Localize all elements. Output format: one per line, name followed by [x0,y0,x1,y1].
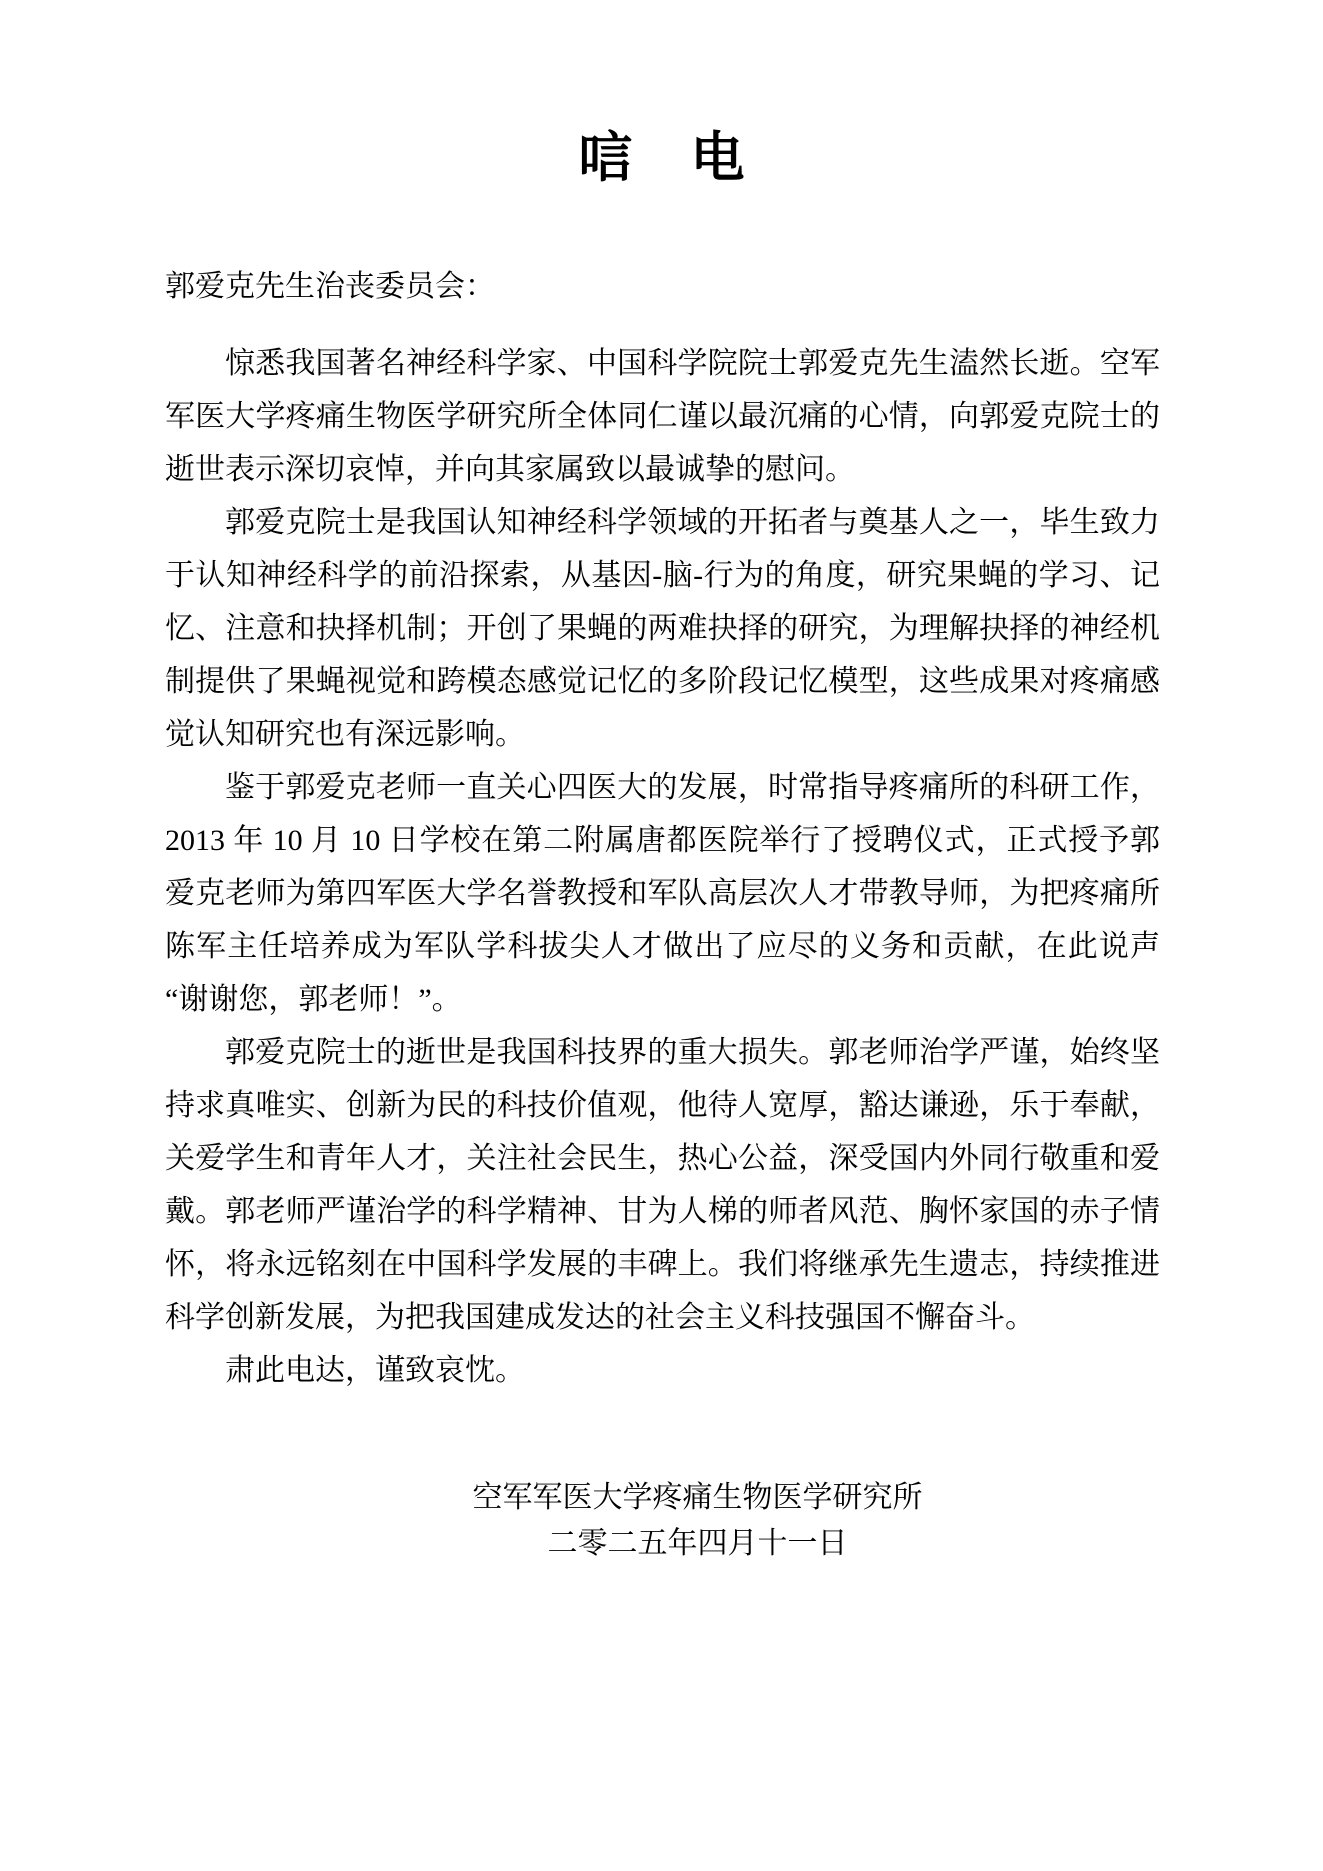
signature-date: 二零二五年四月十一日 [235,1521,1160,1567]
paragraph-1: 惊悉我国著名神经科学家、中国科学院院士郭爱克先生溘然长逝。空军军医大学疼痛生物医… [165,337,1160,496]
document-page: 唁 电 郭爱克先生治丧委员会： 惊悉我国著名神经科学家、中国科学院院士郭爱克先生… [0,0,1323,1871]
paragraph-5: 肃此电达，谨致哀忱。 [165,1344,1160,1397]
salutation: 郭爱克先生治丧委员会： [165,260,1160,313]
paragraph-2: 郭爱克院士是我国认知神经科学领域的开拓者与奠基人之一，毕生致力于认知神经科学的前… [165,496,1160,761]
signature-block: 空军军医大学疼痛生物医学研究所 二零二五年四月十一日 [235,1475,1160,1567]
document-body: 惊悉我国著名神经科学家、中国科学院院士郭爱克先生溘然长逝。空军军医大学疼痛生物医… [165,337,1160,1397]
paragraph-4: 郭爱克院士的逝世是我国科技界的重大损失。郭老师治学严谨，始终坚持求真唯实、创新为… [165,1026,1160,1344]
document-title: 唁 电 [165,118,1160,198]
paragraph-3: 鉴于郭爱克老师一直关心四医大的发展，时常指导疼痛所的科研工作，2013 年 10… [165,761,1160,1026]
signature-organization: 空军军医大学疼痛生物医学研究所 [235,1475,1160,1521]
